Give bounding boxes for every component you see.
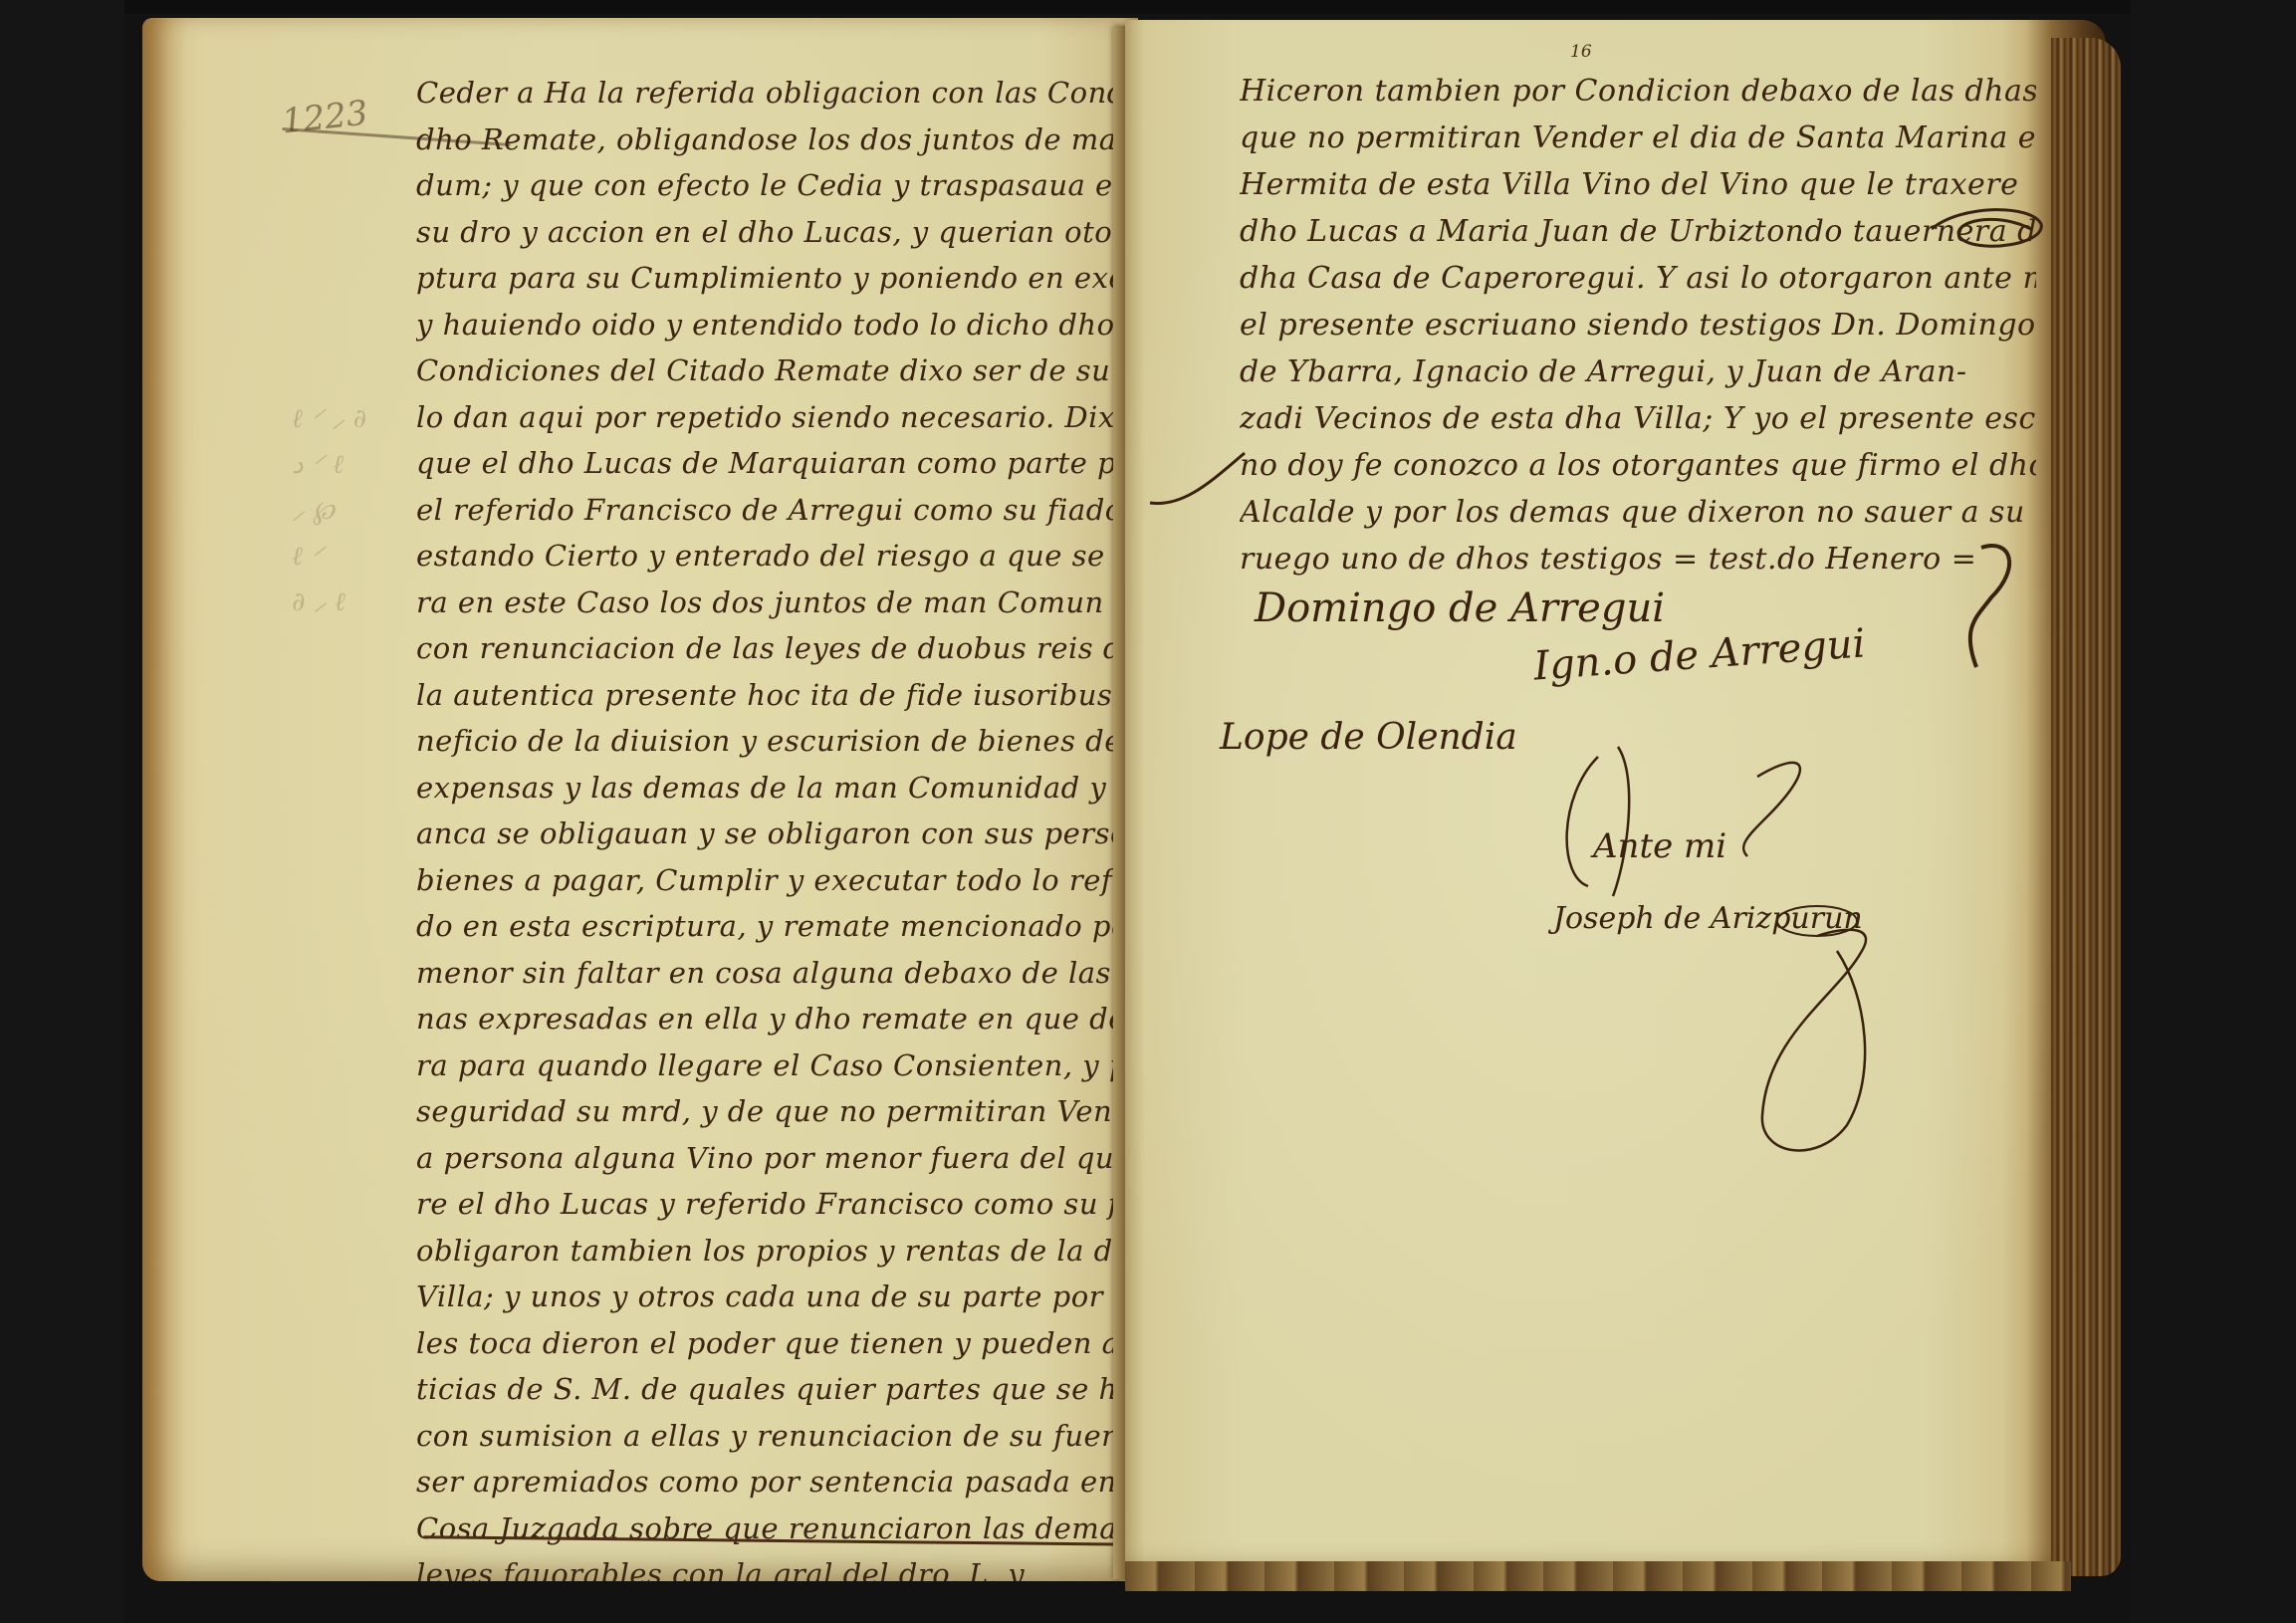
text-line: bienes a pagar, Cumplir y executar todo … (416, 857, 1138, 904)
right-page: 16 Hiceron tambien por Condicion debaxo … (1125, 20, 2106, 1575)
text-line: Alcalde y por los demas que dixeron no s… (1240, 489, 2036, 536)
dark-background-right (2131, 0, 2296, 1623)
text-line: do en esta escriptura, y remate menciona… (416, 903, 1138, 950)
text-line: menor sin faltar en cosa alguna debaxo d… (416, 950, 1138, 997)
text-line: su dro y accion en el dho Lucas, y queri… (416, 209, 1138, 256)
text-line: les toca dieron el poder que tienen y pu… (416, 1320, 1138, 1367)
text-line: anca se obligauan y se obligaron con sus… (416, 811, 1138, 857)
text-line: el presente escriuano siendo testigos Dn… (1240, 302, 2036, 348)
text-line: que no permitiran Vender el dia de Santa… (1240, 115, 2036, 161)
text-line: re el dho Lucas y referido Francisco com… (416, 1181, 1138, 1228)
text-line: el referido Francisco de Arregui como su… (416, 487, 1138, 534)
text-line: no doy fe conozco a los otorgantes que f… (1240, 442, 2036, 489)
dark-background-left (0, 0, 124, 1623)
left-page-text: Ceder a Ha la referida obligacion con la… (416, 70, 1138, 1581)
text-line: seguridad su mrd, y de que no permitiran… (416, 1088, 1138, 1135)
text-line: a persona alguna Vino por menor fuera de… (416, 1135, 1138, 1182)
text-line: con renunciacion de las leyes de duobus … (416, 625, 1138, 672)
page-block-bottom-edge (1125, 1561, 2071, 1591)
text-line: ptura para su Cumplimiento y poniendo en… (416, 255, 1138, 302)
text-line: ticias de S. M. de quales quier partes q… (416, 1366, 1138, 1413)
text-line: nas expresadas en ella y dho remate en q… (416, 996, 1138, 1043)
signature-ante-mi: Ante mi (1593, 826, 1726, 866)
flourish-ornament (1145, 438, 1255, 518)
text-line: expensas y las demas de la man Comunidad… (416, 765, 1138, 811)
text-line: dho Remate, obligandose los dos juntos d… (416, 116, 1138, 163)
text-line: estando Cierto y enterado del riesgo a q… (416, 533, 1138, 580)
text-line: la autentica presente hoc ita de fide iu… (416, 672, 1138, 719)
ink-bleed-through: ℓ ⸍ ⸝ ∂ﺩ ⸍ ℓ⸝ ℘ℓ ⸍∂ ⸝ ℓ (292, 396, 366, 625)
text-line: ra en este Caso los dos juntos de man Co… (416, 580, 1138, 626)
notary-rubric (1518, 737, 1937, 1175)
text-line: zadi Vecinos de esta dha Villa; Y yo el … (1240, 395, 2036, 442)
text-line: ruego uno de dhos testigos = test.do Hen… (1240, 536, 2036, 582)
text-line: Hermita de esta Villa Vino del Vino que … (1240, 161, 2036, 208)
text-line: neficio de la diuision y escurision de b… (416, 718, 1138, 765)
signature-domingo-de-arregui: Domingo de Arregui (1255, 585, 1665, 631)
text-line: y hauiendo oido y entendido todo lo dich… (416, 302, 1138, 348)
signature-lope-de-olendia: Lope de Olendia (1220, 717, 1517, 758)
text-line: de Ybarra, Ignacio de Arregui, y Juan de… (1240, 348, 2036, 395)
text-line: Villa; y unos y otros cada una de su par… (416, 1274, 1138, 1320)
text-line: dum; y que con efecto le Cedia y traspas… (416, 162, 1138, 209)
text-line: Condiciones del Citado Remate dixo ser d… (416, 348, 1138, 394)
folio-number: 16 (1570, 42, 1592, 62)
text-line: dho Lucas a Maria Juan de Urbiztondo tau… (1240, 208, 2036, 255)
text-line: obligaron tambien los propios y rentas d… (416, 1228, 1138, 1275)
signature-notary-joseph: Joseph de Arizpurun (1553, 901, 1863, 936)
text-line: Hiceron tambien por Condicion debaxo de … (1240, 68, 2036, 115)
text-line: leyes fauorables con la gral del dro. L.… (416, 1551, 1138, 1581)
left-page: ℓ ⸍ ⸝ ∂ﺩ ⸍ ℓ⸝ ℘ℓ ⸍∂ ⸝ ℓ 1223 Ceder a Ha … (142, 18, 1138, 1581)
page-block-fore-edge (2051, 38, 2121, 1576)
text-line: que el dho Lucas de Marquiaran como part… (416, 440, 1138, 487)
text-line: Ceder a Ha la referida obligacion con la… (416, 70, 1138, 116)
text-line: con sumision a ellas y renunciacion de s… (416, 1413, 1138, 1460)
text-line: ser apremiados como por sentencia pasada… (416, 1459, 1138, 1506)
text-line: ra para quando llegare el Caso Consiente… (416, 1043, 1138, 1089)
text-line: dha Casa de Caperoregui. Y asi lo otorga… (1240, 255, 2036, 302)
right-page-text: Hiceron tambien por Condicion debaxo de … (1240, 68, 2036, 582)
open-manuscript-book: ℓ ⸍ ⸝ ∂ﺩ ⸍ ℓ⸝ ℘ℓ ⸍∂ ⸝ ℓ 1223 Ceder a Ha … (124, 8, 2146, 1611)
edge-stain (142, 18, 187, 1581)
text-line: lo dan aqui por repetido siendo necesari… (416, 394, 1138, 441)
